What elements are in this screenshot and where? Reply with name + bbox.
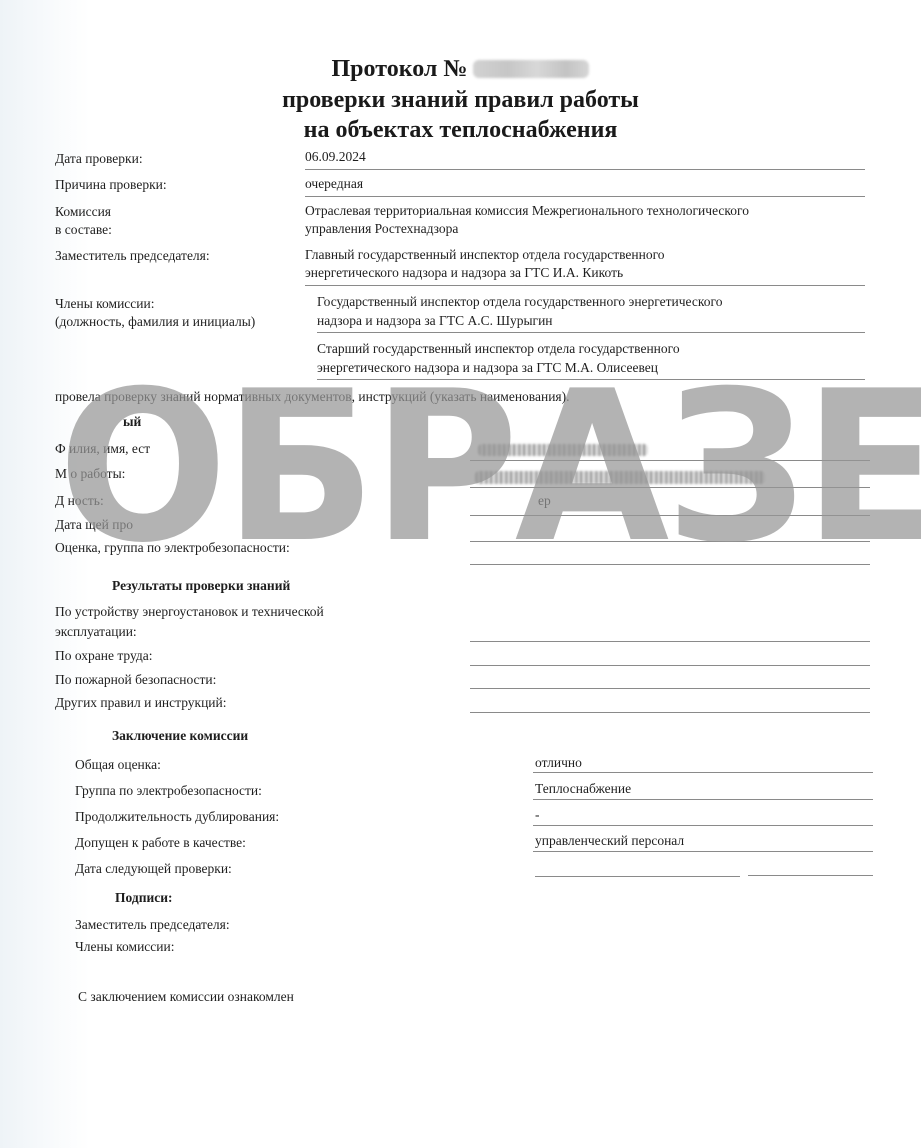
value-commission: Отраслевая территориальная комиссия Межр… (305, 202, 749, 220)
value-member-1: Государственный инспектор отдела государ… (317, 293, 722, 311)
underline (533, 772, 873, 773)
value-commission-2: управления Ростехнадзора (305, 220, 458, 238)
label-sign-deputy-chair: Заместитель председателя: (75, 916, 230, 934)
value-deputy-chair-2: энергетического надзора и надзора за ГТС… (305, 264, 623, 282)
underline (305, 285, 865, 286)
value-position: ер (538, 492, 551, 510)
underline (470, 712, 870, 713)
underline (533, 799, 873, 800)
examinee-heading: ый (123, 413, 141, 431)
label-sign-members: Члены комиссии: (75, 938, 175, 956)
underline (470, 665, 870, 666)
underline (470, 460, 870, 461)
underline (535, 876, 740, 877)
underline (470, 541, 870, 542)
label-duplication: Продолжительность дублирования: (75, 808, 279, 826)
value-member-1-2: надзора и надзора за ГТС А.С. Шурыгин (317, 312, 553, 330)
redacted-workplace (475, 471, 765, 484)
value-admitted-as: управленческий персонал (535, 832, 684, 850)
underline (470, 515, 870, 516)
value-overall-grade: отлично (535, 754, 582, 772)
underline (305, 169, 865, 170)
value-deputy-chair: Главный государственный инспектор отдела… (305, 246, 665, 264)
label-workplace: М о работы: (55, 465, 125, 483)
underline (533, 851, 873, 852)
label-overall-grade: Общая оценка: (75, 756, 161, 774)
value-electrical-group: Теплоснабжение (535, 780, 631, 798)
underline (470, 641, 870, 642)
value-member-2: Старший государственный инспектор отдела… (317, 340, 680, 358)
label-result-labor-safety: По охране труда: (55, 647, 153, 665)
protocol-page: Протокол № проверки знаний правил работы… (0, 0, 921, 1148)
results-heading: Результаты проверки знаний (112, 577, 290, 595)
value-duplication: - (535, 806, 540, 824)
redacted-full-name (478, 444, 648, 456)
label-admitted-as: Допущен к работе в качестве: (75, 834, 246, 852)
underline (470, 688, 870, 689)
acknowledgement-text: С заключением комиссии ознакомлен (78, 988, 294, 1006)
label-commission-2: в составе: (55, 221, 112, 239)
value-check-reason: очередная (305, 175, 363, 193)
label-result-equipment-2: эксплуатации: (55, 623, 137, 641)
underline (305, 196, 865, 197)
label-result-equipment: По устройству энергоустановок и техничес… (55, 603, 324, 621)
label-result-fire-safety: По пожарной безопасности: (55, 671, 216, 689)
label-members: Члены комиссии: (55, 295, 155, 313)
statement-text: провела проверку знаний нормативных доку… (55, 388, 570, 406)
value-member-2-2: энергетического надзора и надзора за ГТС… (317, 359, 658, 377)
protocol-subtitle-2: на объектах теплоснабжения (0, 116, 921, 145)
underline (317, 379, 865, 380)
label-position: Д ность: (55, 492, 104, 510)
redacted-protocol-number (473, 60, 589, 78)
underline (748, 875, 873, 876)
protocol-title-text: Протокол № (332, 56, 468, 82)
label-members-2: (должность, фамилия и инициалы) (55, 313, 255, 331)
underline (317, 332, 865, 333)
underline (470, 564, 870, 565)
label-electrical-group: Группа по электробезопасности: (75, 782, 262, 800)
label-check-reason: Причина проверки: (55, 176, 167, 194)
label-check-date: Дата проверки: (55, 150, 143, 168)
underline (470, 487, 870, 488)
conclusion-heading: Заключение комиссии (112, 727, 248, 745)
label-commission: Комиссия (55, 203, 111, 221)
protocol-subtitle-1: проверки знаний правил работы (0, 86, 921, 115)
label-result-other-rules: Других правил и инструкций: (55, 694, 227, 712)
signatures-heading: Подписи: (115, 889, 173, 907)
label-next-check: Дата следующей проверки: (75, 860, 232, 878)
label-grade-group: Оценка, группа по электробезопасности: (55, 539, 290, 557)
label-deputy-chair: Заместитель председателя: (55, 247, 210, 265)
label-previous-check: Дата щей про (55, 516, 133, 534)
label-full-name: Ф илия, имя, ест (55, 440, 150, 458)
value-check-date: 06.09.2024 (305, 148, 366, 166)
underline (533, 825, 873, 826)
protocol-title: Протокол № (0, 55, 921, 84)
